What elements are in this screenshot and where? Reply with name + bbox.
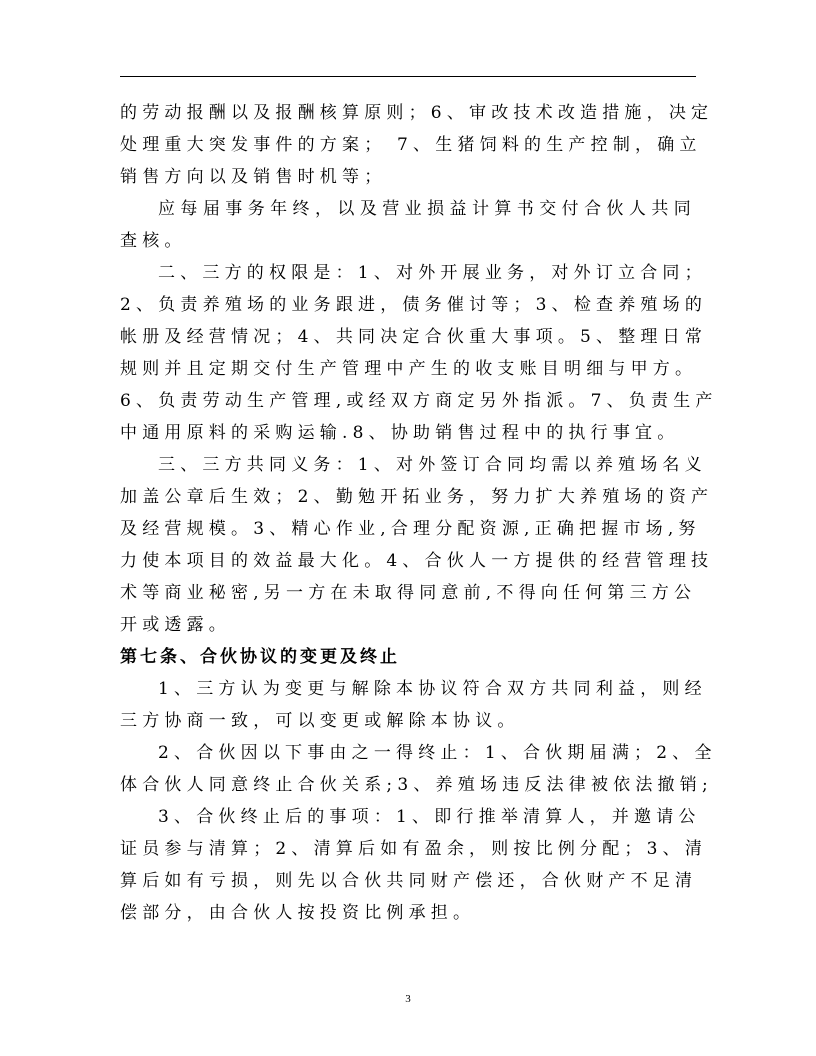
text-line: 偿部分，由合伙人按投资比例承担。 <box>120 897 696 929</box>
section-heading: 第七条、合伙协议的变更及终止 <box>120 641 696 673</box>
paragraph-start: 二、三方的权限是：1、对外开展业务，对外订立合同； <box>120 257 696 289</box>
text-line: 及经营规模。3、精心作业,合理分配资源,正确把握市场,努 <box>120 513 696 545</box>
header-rule <box>120 76 696 77</box>
text-line: 2、负责养殖场的业务跟进，债务催讨等；3、检查养殖场的 <box>120 289 696 321</box>
text-line: 三方协商一致，可以变更或解除本协议。 <box>120 705 696 737</box>
text-line: 6、负责劳动生产管理,或经双方商定另外指派。7、负责生产 <box>120 385 696 417</box>
text-line: 力使本项目的效益最大化。4、合伙人一方提供的经营管理技 <box>120 545 696 577</box>
text-line: 开或透露。 <box>120 609 696 641</box>
text-line: 术等商业秘密,另一方在未取得同意前,不得向任何第三方公 <box>120 577 696 609</box>
text-line: 证员参与清算；2、清算后如有盈余，则按比例分配；3、清 <box>120 833 696 865</box>
paragraph-start: 2、合伙因以下事由之一得终止：1、合伙期届满；2、全 <box>120 737 696 769</box>
document-body: 的劳动报酬以及报酬核算原则；6、审改技术改造措施，决定 处理重大突发事件的方案；… <box>120 97 696 929</box>
paragraph-start: 三、三方共同义务：1、对外签订合同均需以养殖场名义 <box>120 449 696 481</box>
page-number: 3 <box>0 993 816 1005</box>
paragraph-start: 应每届事务年终，以及营业损益计算书交付合伙人共同 <box>120 193 696 225</box>
text-line: 中通用原料的采购运输.8、协助销售过程中的执行事宜。 <box>120 417 696 449</box>
paragraph-start: 1、三方认为变更与解除本协议符合双方共同利益，则经 <box>120 673 696 705</box>
text-line: 规则并且定期交付生产管理中产生的收支账目明细与甲方。 <box>120 353 696 385</box>
text-line: 算后如有亏损，则先以合伙共同财产偿还，合伙财产不足清 <box>120 865 696 897</box>
text-line: 体合伙人同意终止合伙关系;3、养殖场违反法律被依法撤销; <box>120 769 696 801</box>
text-line: 的劳动报酬以及报酬核算原则；6、审改技术改造措施，决定 <box>120 97 696 129</box>
text-line: 加盖公章后生效；2、勤勉开拓业务，努力扩大养殖场的资产 <box>120 481 696 513</box>
text-line: 查核。 <box>120 225 696 257</box>
text-line: 帐册及经营情况；4、共同决定合伙重大事项。5、整理日常 <box>120 321 696 353</box>
text-line: 处理重大突发事件的方案； 7、生猪饲料的生产控制，确立 <box>120 129 696 161</box>
text-line: 销售方向以及销售时机等； <box>120 161 696 193</box>
paragraph-start: 3、合伙终止后的事项：1、即行推举清算人，并邀请公 <box>120 801 696 833</box>
